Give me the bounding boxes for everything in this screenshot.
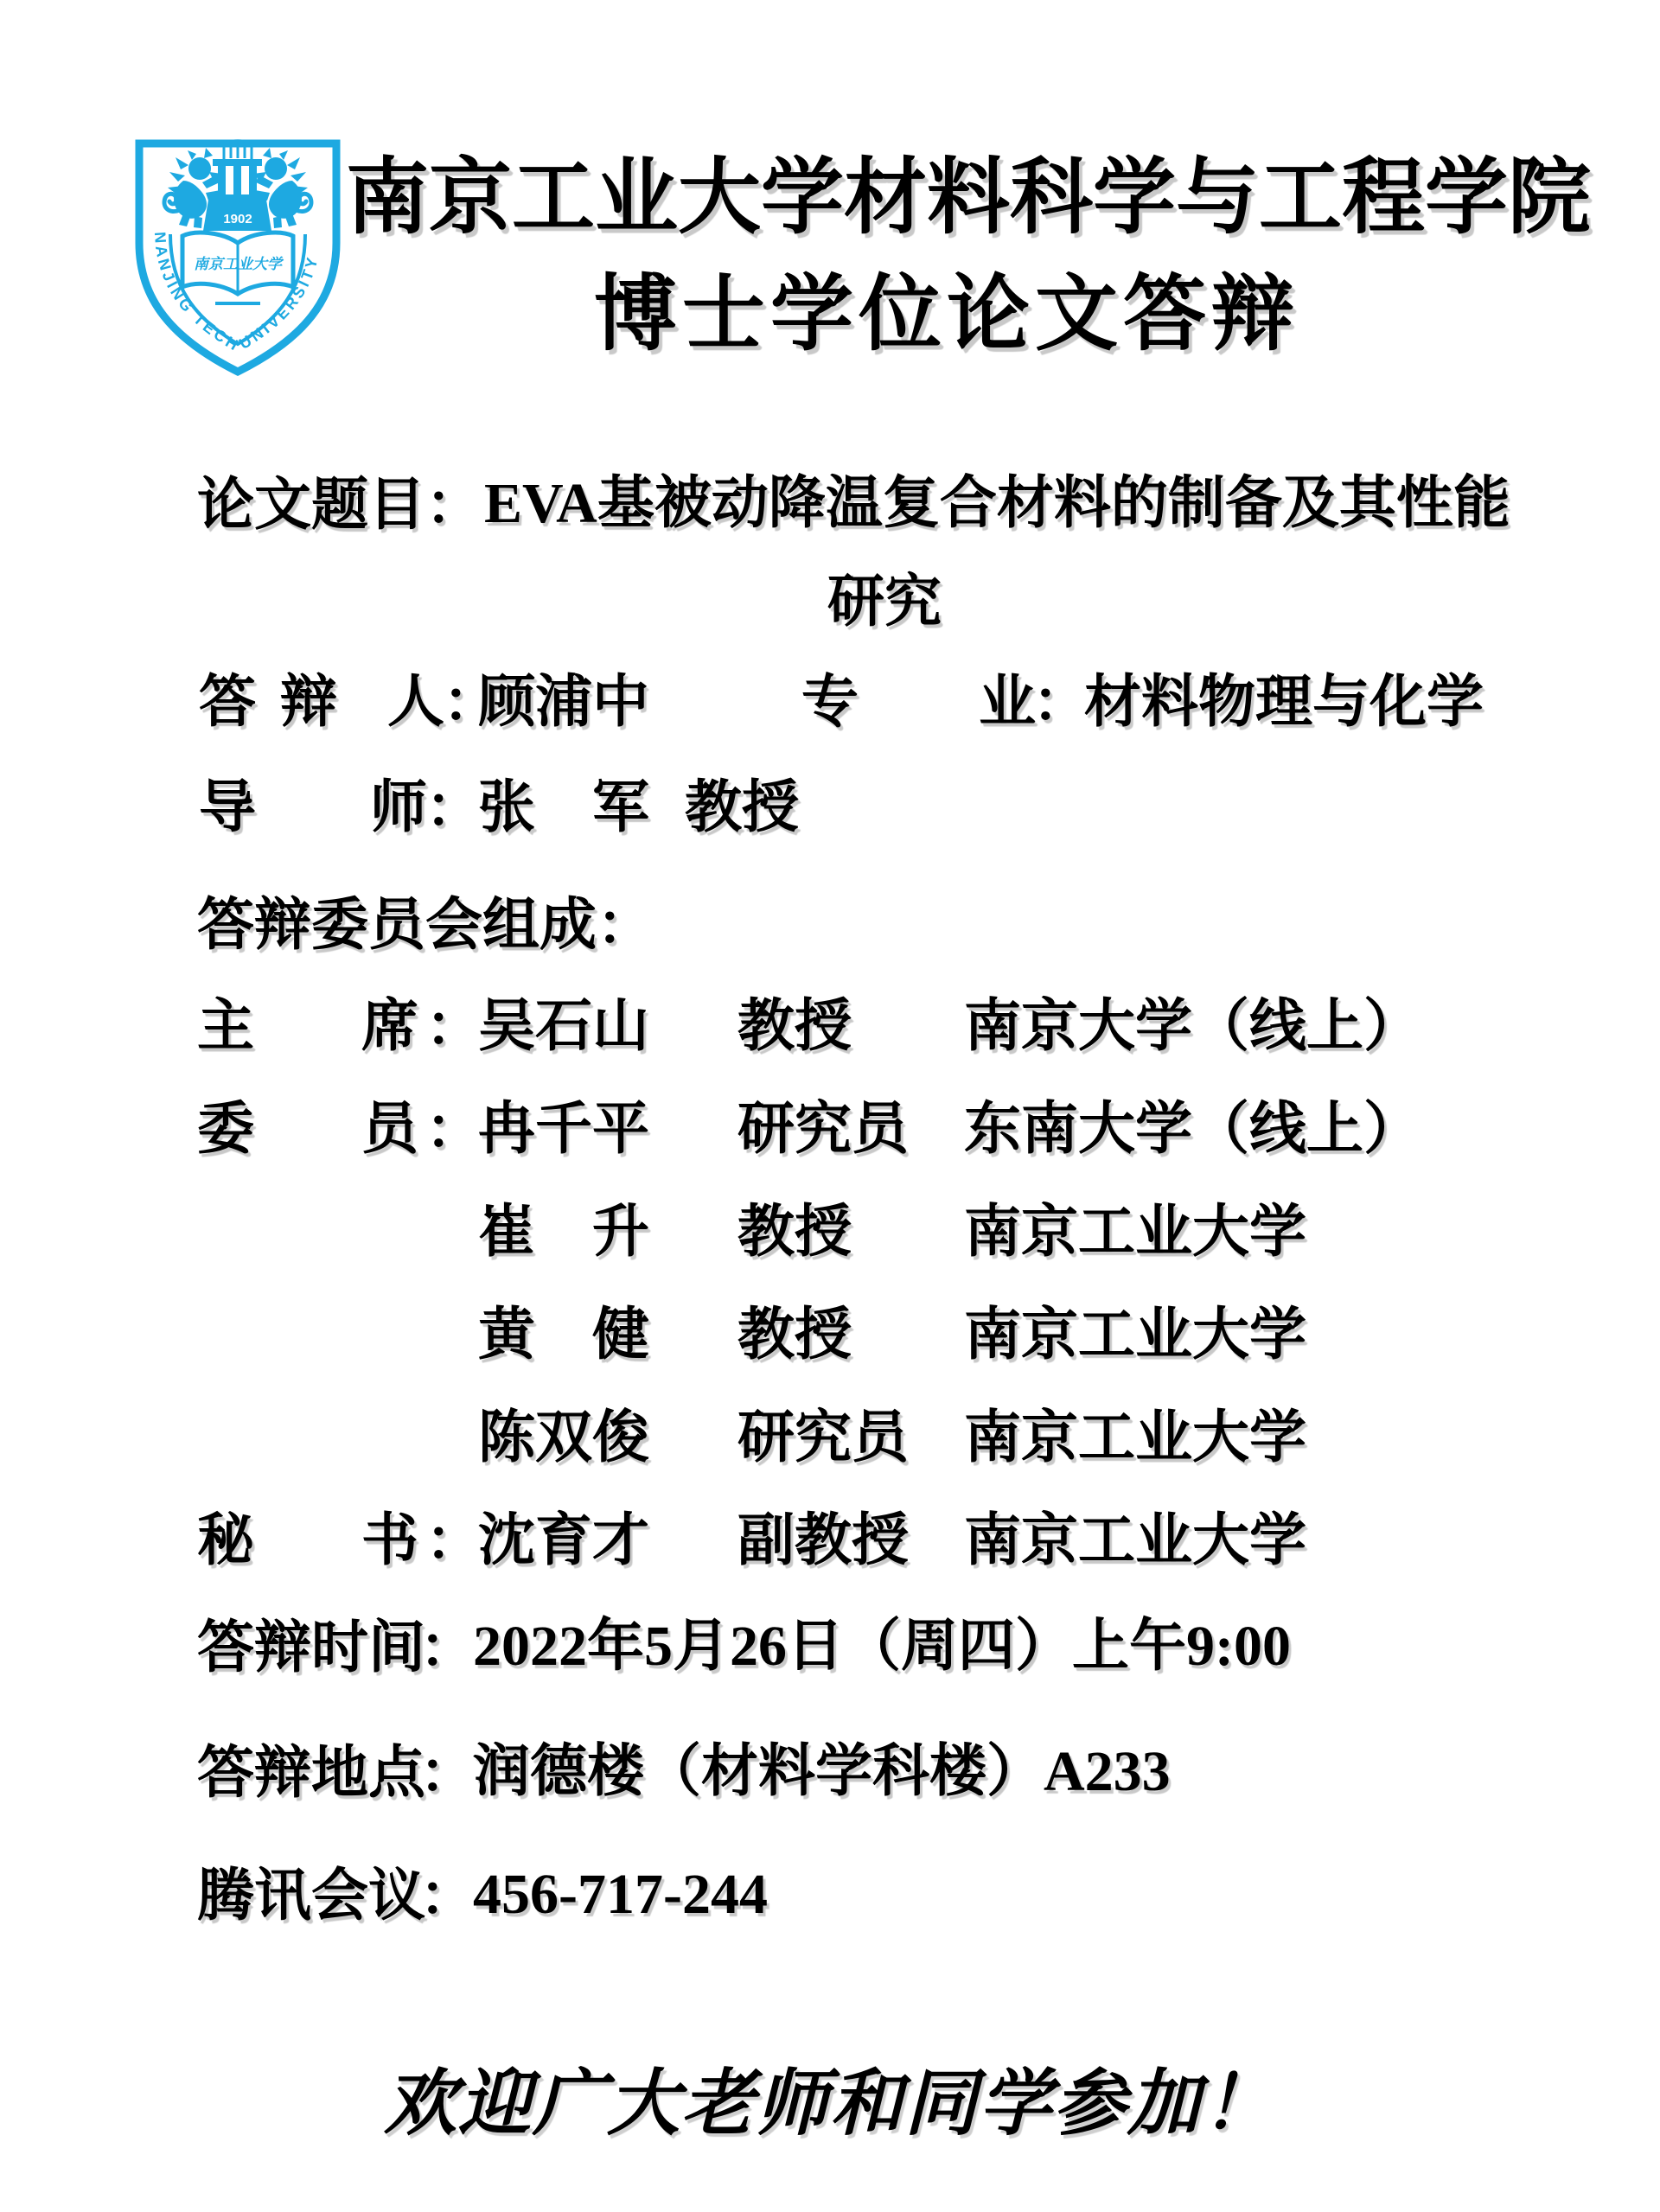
defense-location-value: 润德楼（材料学科楼）A233	[473, 1742, 1171, 1802]
member-name: 沈育才	[478, 1509, 649, 1570]
supervisor-colon: ：	[425, 776, 482, 837]
tencent-meeting-row: 腾讯会议 ： 456-717-244	[0, 1865, 1660, 1925]
thesis-title-line2: 研究	[827, 571, 942, 631]
logo-book-text: 南京工业大学	[194, 256, 284, 273]
committee-heading: 答辩委员会组成：	[197, 894, 654, 954]
candidate-label-char1: 答	[199, 671, 256, 731]
header-line-1: 南京工业大学材料科学与工程学院	[346, 138, 1548, 255]
defense-time-value: 2022年5月26日（周四）上午9:00	[473, 1616, 1291, 1677]
supervisor-label-char2: 师	[370, 776, 427, 837]
role-colon: ：	[425, 1098, 482, 1158]
member-name: 黄 健	[478, 1304, 649, 1364]
thesis-title-row: 论文题目： EVA基被动降温复合材料的制备及其性能	[0, 474, 1660, 534]
role-label-char1: 秘	[197, 1509, 254, 1570]
member-name: 崔 升	[478, 1201, 649, 1261]
member-title: 研究员	[737, 1406, 909, 1467]
member-affiliation: 南京工业大学	[964, 1406, 1306, 1467]
member-title: 研究员	[737, 1098, 909, 1158]
supervisor-row: 导 师 ： 张 军 教授	[0, 776, 1660, 837]
role-colon: ：	[425, 1509, 482, 1570]
thesis-defense-notice: { "page": { "background": "#ffffff", "ac…	[0, 0, 1660, 2212]
defense-time-row: 答辩时间 ： 2022年5月26日（周四）上午9:00	[0, 1616, 1660, 1677]
role-label-char1: 委	[197, 1098, 254, 1158]
member-affiliation: 东南大学（线上）	[964, 1098, 1421, 1158]
header: 南京工业大学材料科学与工程学院 博士学位论文答辩	[346, 138, 1548, 372]
committee-row-member: 崔 升 教授 南京工业大学	[0, 1201, 1660, 1261]
member-affiliation: 南京工业大学	[964, 1201, 1306, 1261]
thesis-title-row-2: 研究	[0, 571, 1660, 631]
role-colon: ：	[425, 995, 482, 1055]
major-colon: ：	[1032, 671, 1089, 731]
committee-row-member: 委 员 ： 冉千平 研究员 东南大学（线上）	[0, 1098, 1660, 1158]
member-name: 冉千平	[478, 1098, 649, 1158]
member-name: 吴石山	[478, 995, 649, 1055]
welcome-message: 欢迎广大老师和同学参加！	[0, 2056, 1660, 2151]
major-label-char1: 专	[801, 671, 859, 731]
committee-row-chair: 主 席 ： 吴石山 教授 南京大学（线上）	[0, 995, 1660, 1055]
thesis-title-label: 论文题目：	[197, 474, 482, 534]
logo-year: 1902	[223, 212, 252, 226]
header-line-2: 博士学位论文答辩	[346, 255, 1548, 372]
member-title: 副教授	[737, 1509, 909, 1570]
major-value: 材料物理与化学	[1084, 671, 1484, 731]
committee-heading-row: 答辩委员会组成：	[0, 894, 1660, 954]
candidate-row: 答 辩 人 ： 顾浦中 专 业 ： 材料物理与化学	[0, 671, 1660, 731]
member-title: 教授	[737, 1304, 852, 1364]
member-title: 教授	[737, 995, 852, 1055]
supervisor-title: 教授	[685, 776, 799, 837]
defense-location-label: 答辩地点	[197, 1742, 425, 1802]
role-label-char2: 员	[361, 1098, 418, 1158]
tencent-meeting-label: 腾讯会议	[197, 1865, 425, 1925]
member-affiliation: 南京工业大学	[964, 1304, 1306, 1364]
committee-row-member: 黄 健 教授 南京工业大学	[0, 1304, 1660, 1364]
tencent-meeting-colon: ：	[419, 1865, 476, 1925]
candidate-label-char3: 人	[387, 671, 444, 731]
university-logo: NANJING TECH UNIVERSITY 1902 南京工业大学	[131, 132, 344, 379]
member-affiliation: 南京大学（线上）	[964, 995, 1421, 1055]
role-label-char1: 主	[197, 995, 254, 1055]
role-label-char2: 书	[361, 1509, 418, 1570]
defense-location-row: 答辩地点 ： 润德楼（材料学科楼）A233	[0, 1742, 1660, 1802]
major-label-char2: 业	[979, 671, 1036, 731]
thesis-title-line1: EVA基被动降温复合材料的制备及其性能	[484, 474, 1510, 534]
candidate-label-char2: 辩	[280, 671, 337, 731]
committee-row-member: 陈双俊 研究员 南京工业大学	[0, 1406, 1660, 1467]
role-label-char2: 席	[361, 995, 418, 1055]
defense-location-colon: ：	[419, 1742, 476, 1802]
member-affiliation: 南京工业大学	[964, 1509, 1306, 1570]
tencent-meeting-value: 456-717-244	[473, 1865, 768, 1925]
candidate-name: 顾浦中	[478, 671, 649, 731]
supervisor-label-char1: 导	[199, 776, 256, 837]
supervisor-name: 张 军	[478, 776, 649, 837]
member-name: 陈双俊	[478, 1406, 649, 1467]
committee-row-secretary: 秘 书 ： 沈育才 副教授 南京工业大学	[0, 1509, 1660, 1570]
defense-time-label: 答辩时间	[197, 1616, 425, 1677]
member-title: 教授	[737, 1201, 852, 1261]
defense-time-colon: ：	[419, 1616, 476, 1677]
